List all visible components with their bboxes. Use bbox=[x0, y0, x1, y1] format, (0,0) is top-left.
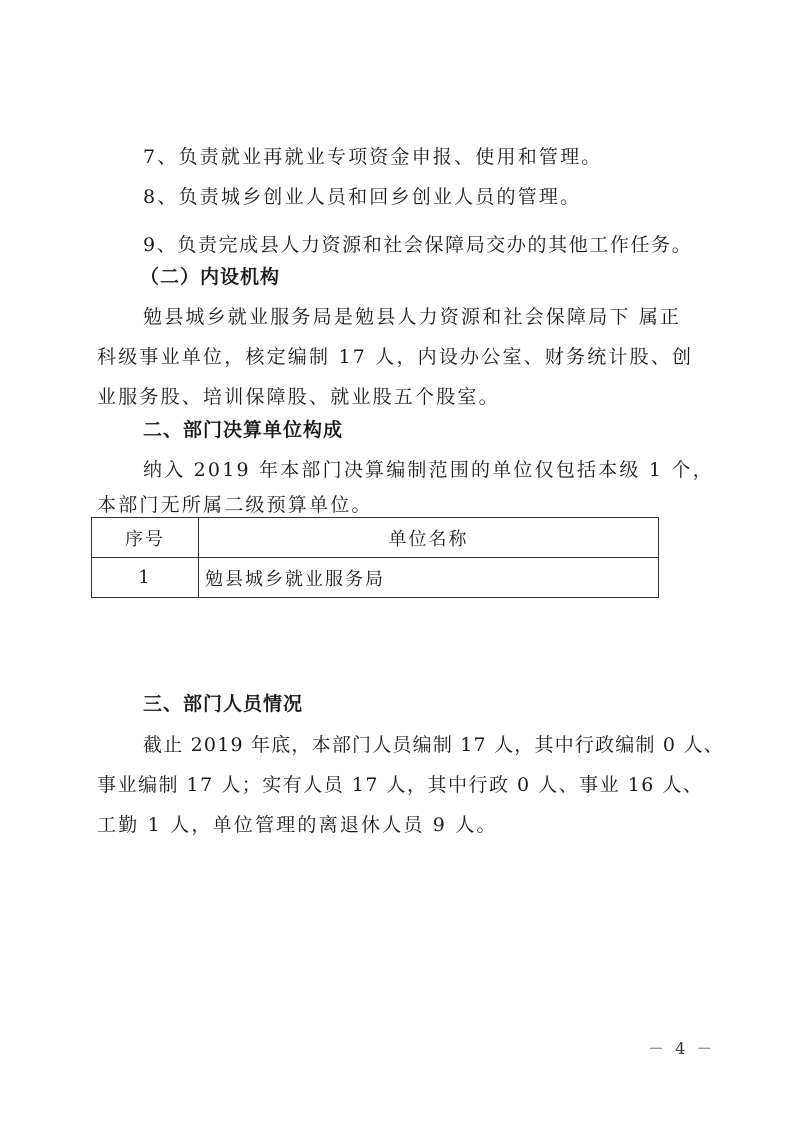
paragraph-line: 科级事业单位，核定编制 17 人，内设办公室、财务统计股、创 bbox=[97, 345, 693, 369]
section-heading-units: 二、部门决算单位构成 bbox=[143, 418, 343, 442]
table-header-row: 序号 单位名称 bbox=[92, 518, 659, 558]
cell-unit-name: 勉县城乡就业服务局 bbox=[199, 558, 659, 598]
duty-item-8: 8、负责城乡创业人员和回乡创业人员的管理。 bbox=[143, 185, 581, 209]
paragraph-line: 截止 2019 年底，本部门人员编制 17 人，其中行政编制 0 人、 bbox=[143, 733, 724, 757]
cell-index: 1 bbox=[92, 558, 199, 598]
header-unit-name: 单位名称 bbox=[199, 518, 659, 558]
paragraph-line: 勉县城乡就业服务局是勉县人力资源和社会保障局下 属正 bbox=[143, 305, 681, 329]
duty-item-9: 9、负责完成县人力资源和社会保障局交办的其他工作任务。 bbox=[143, 233, 692, 257]
header-index: 序号 bbox=[92, 518, 199, 558]
table-row: 1 勉县城乡就业服务局 bbox=[92, 558, 659, 598]
duty-item-7: 7、负责就业再就业专项资金申报、使用和管理。 bbox=[143, 145, 603, 169]
paragraph-line: 纳入 2019 年本部门决算编制范围的单位仅包括本级 1 个， bbox=[143, 458, 714, 482]
paragraph-line: 事业编制 17 人；实有人员 17 人，其中行政 0 人、事业 16 人、 bbox=[97, 773, 703, 797]
page-number: － 4 － bbox=[648, 1036, 715, 1059]
section-heading-internal: （二）内设机构 bbox=[140, 265, 280, 289]
section-heading-staff: 三、部门人员情况 bbox=[143, 692, 303, 716]
paragraph-line: 业服务股、培训保障股、就业股五个股室。 bbox=[97, 385, 500, 409]
paragraph-line: 本部门无所属二级预算单位。 bbox=[97, 493, 373, 517]
paragraph-line: 工勤 1 人，单位管理的离退休人员 9 人。 bbox=[97, 813, 498, 837]
units-table: 序号 单位名称 1 勉县城乡就业服务局 bbox=[91, 517, 659, 598]
